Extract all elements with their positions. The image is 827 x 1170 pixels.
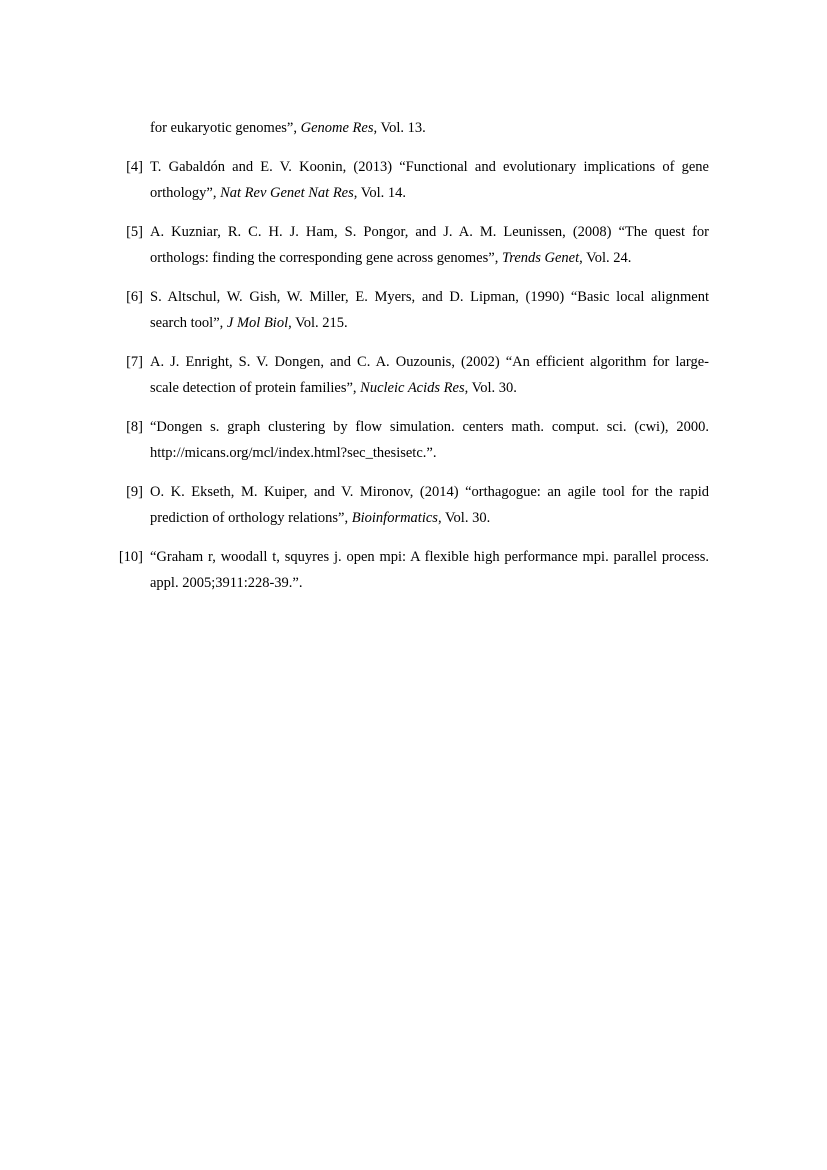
reference-text-segment: A. J. Enright, S. V. Dongen, and C. A. O… bbox=[150, 354, 709, 370]
reference-text-segment: T. Gabaldón and E. V. Koonin, (2013) “Fu… bbox=[150, 159, 709, 175]
reference-text-segment: prediction of orthology relations”, bbox=[150, 510, 352, 526]
reference-text-segment: S. Altschul, W. Gish, W. Miller, E. Myer… bbox=[150, 289, 709, 305]
reference-line: scale detection of protein families”, Nu… bbox=[150, 375, 709, 401]
reference-item: [9]O. K. Ekseth, M. Kuiper, and V. Miron… bbox=[115, 479, 709, 531]
reference-item: [10]“Graham r, woodall t, squyres j. ope… bbox=[115, 544, 709, 596]
reference-text-segment: “Dongen s. graph clustering by flow simu… bbox=[150, 419, 709, 435]
reference-line: orthology”, Nat Rev Genet Nat Res, Vol. … bbox=[150, 180, 709, 206]
reference-label: [6] bbox=[115, 284, 143, 336]
reference-text-segment: , Vol. 13. bbox=[373, 120, 425, 136]
reference-line: “Dongen s. graph clustering by flow simu… bbox=[150, 414, 709, 440]
reference-item: [8]“Dongen s. graph clustering by flow s… bbox=[115, 414, 709, 466]
reference-line: appl. 2005;3911:228-39.”. bbox=[150, 570, 709, 596]
reference-line: T. Gabaldón and E. V. Koonin, (2013) “Fu… bbox=[150, 154, 709, 180]
reference-label: [9] bbox=[115, 479, 143, 531]
reference-label bbox=[115, 115, 143, 141]
document-page: for eukaryotic genomes”, Genome Res, Vol… bbox=[0, 0, 827, 1170]
reference-line: for eukaryotic genomes”, Genome Res, Vol… bbox=[150, 115, 709, 141]
journal-name-italic: Genome Res bbox=[301, 120, 374, 136]
reference-body: O. K. Ekseth, M. Kuiper, and V. Mironov,… bbox=[150, 479, 709, 531]
reference-line: A. Kuzniar, R. C. H. J. Ham, S. Pongor, … bbox=[150, 219, 709, 245]
reference-item: [4]T. Gabaldón and E. V. Koonin, (2013) … bbox=[115, 154, 709, 206]
reference-body: T. Gabaldón and E. V. Koonin, (2013) “Fu… bbox=[150, 154, 709, 206]
reference-text-segment: O. K. Ekseth, M. Kuiper, and V. Mironov,… bbox=[150, 484, 709, 500]
reference-text-segment: appl. 2005;3911:228-39.”. bbox=[150, 575, 303, 591]
reference-label: [7] bbox=[115, 349, 143, 401]
journal-name-italic: Nucleic Acids Res bbox=[360, 380, 464, 396]
reference-line: S. Altschul, W. Gish, W. Miller, E. Myer… bbox=[150, 284, 709, 310]
reference-text-segment: , Vol. 215. bbox=[288, 315, 348, 331]
reference-line: orthologs: finding the corresponding gen… bbox=[150, 245, 709, 271]
reference-label: [10] bbox=[115, 544, 143, 596]
journal-name-italic: J Mol Biol bbox=[227, 315, 288, 331]
reference-label: [4] bbox=[115, 154, 143, 206]
journal-name-italic: Nat Rev Genet Nat Res bbox=[220, 185, 354, 201]
reference-label: [5] bbox=[115, 219, 143, 271]
reference-label: [8] bbox=[115, 414, 143, 466]
reference-text-segment: , Vol. 30. bbox=[465, 380, 517, 396]
reference-line: prediction of orthology relations”, Bioi… bbox=[150, 505, 709, 531]
reference-text-segment: scale detection of protein families”, bbox=[150, 380, 360, 396]
reference-text-segment: , Vol. 14. bbox=[354, 185, 406, 201]
reference-text-segment: http://micans.org/mcl/index.html?sec_the… bbox=[150, 445, 436, 461]
reference-body: S. Altschul, W. Gish, W. Miller, E. Myer… bbox=[150, 284, 709, 336]
journal-name-italic: Bioinformatics bbox=[352, 510, 438, 526]
reference-line: A. J. Enright, S. V. Dongen, and C. A. O… bbox=[150, 349, 709, 375]
reference-text-segment: orthology”, bbox=[150, 185, 220, 201]
reference-item: [6]S. Altschul, W. Gish, W. Miller, E. M… bbox=[115, 284, 709, 336]
reference-text-segment: , Vol. 24. bbox=[579, 250, 631, 266]
reference-line: O. K. Ekseth, M. Kuiper, and V. Mironov,… bbox=[150, 479, 709, 505]
reference-body: “Dongen s. graph clustering by flow simu… bbox=[150, 414, 709, 466]
reference-body: “Graham r, woodall t, squyres j. open mp… bbox=[150, 544, 709, 596]
reference-line: search tool”, J Mol Biol, Vol. 215. bbox=[150, 310, 709, 336]
reference-item: [5]A. Kuzniar, R. C. H. J. Ham, S. Pongo… bbox=[115, 219, 709, 271]
reference-item: for eukaryotic genomes”, Genome Res, Vol… bbox=[115, 115, 709, 141]
reference-line: http://micans.org/mcl/index.html?sec_the… bbox=[150, 440, 709, 466]
reference-line: “Graham r, woodall t, squyres j. open mp… bbox=[150, 544, 709, 570]
reference-text-segment: for eukaryotic genomes”, bbox=[150, 120, 301, 136]
reference-text-segment: “Graham r, woodall t, squyres j. open mp… bbox=[150, 549, 709, 565]
reference-text-segment: , Vol. 30. bbox=[438, 510, 490, 526]
reference-text-segment: orthologs: finding the corresponding gen… bbox=[150, 250, 502, 266]
references-list: for eukaryotic genomes”, Genome Res, Vol… bbox=[115, 115, 709, 609]
reference-body: for eukaryotic genomes”, Genome Res, Vol… bbox=[150, 115, 709, 141]
reference-text-segment: search tool”, bbox=[150, 315, 227, 331]
reference-item: [7]A. J. Enright, S. V. Dongen, and C. A… bbox=[115, 349, 709, 401]
journal-name-italic: Trends Genet bbox=[502, 250, 579, 266]
reference-text-segment: A. Kuzniar, R. C. H. J. Ham, S. Pongor, … bbox=[150, 224, 709, 240]
reference-body: A. J. Enright, S. V. Dongen, and C. A. O… bbox=[150, 349, 709, 401]
reference-body: A. Kuzniar, R. C. H. J. Ham, S. Pongor, … bbox=[150, 219, 709, 271]
